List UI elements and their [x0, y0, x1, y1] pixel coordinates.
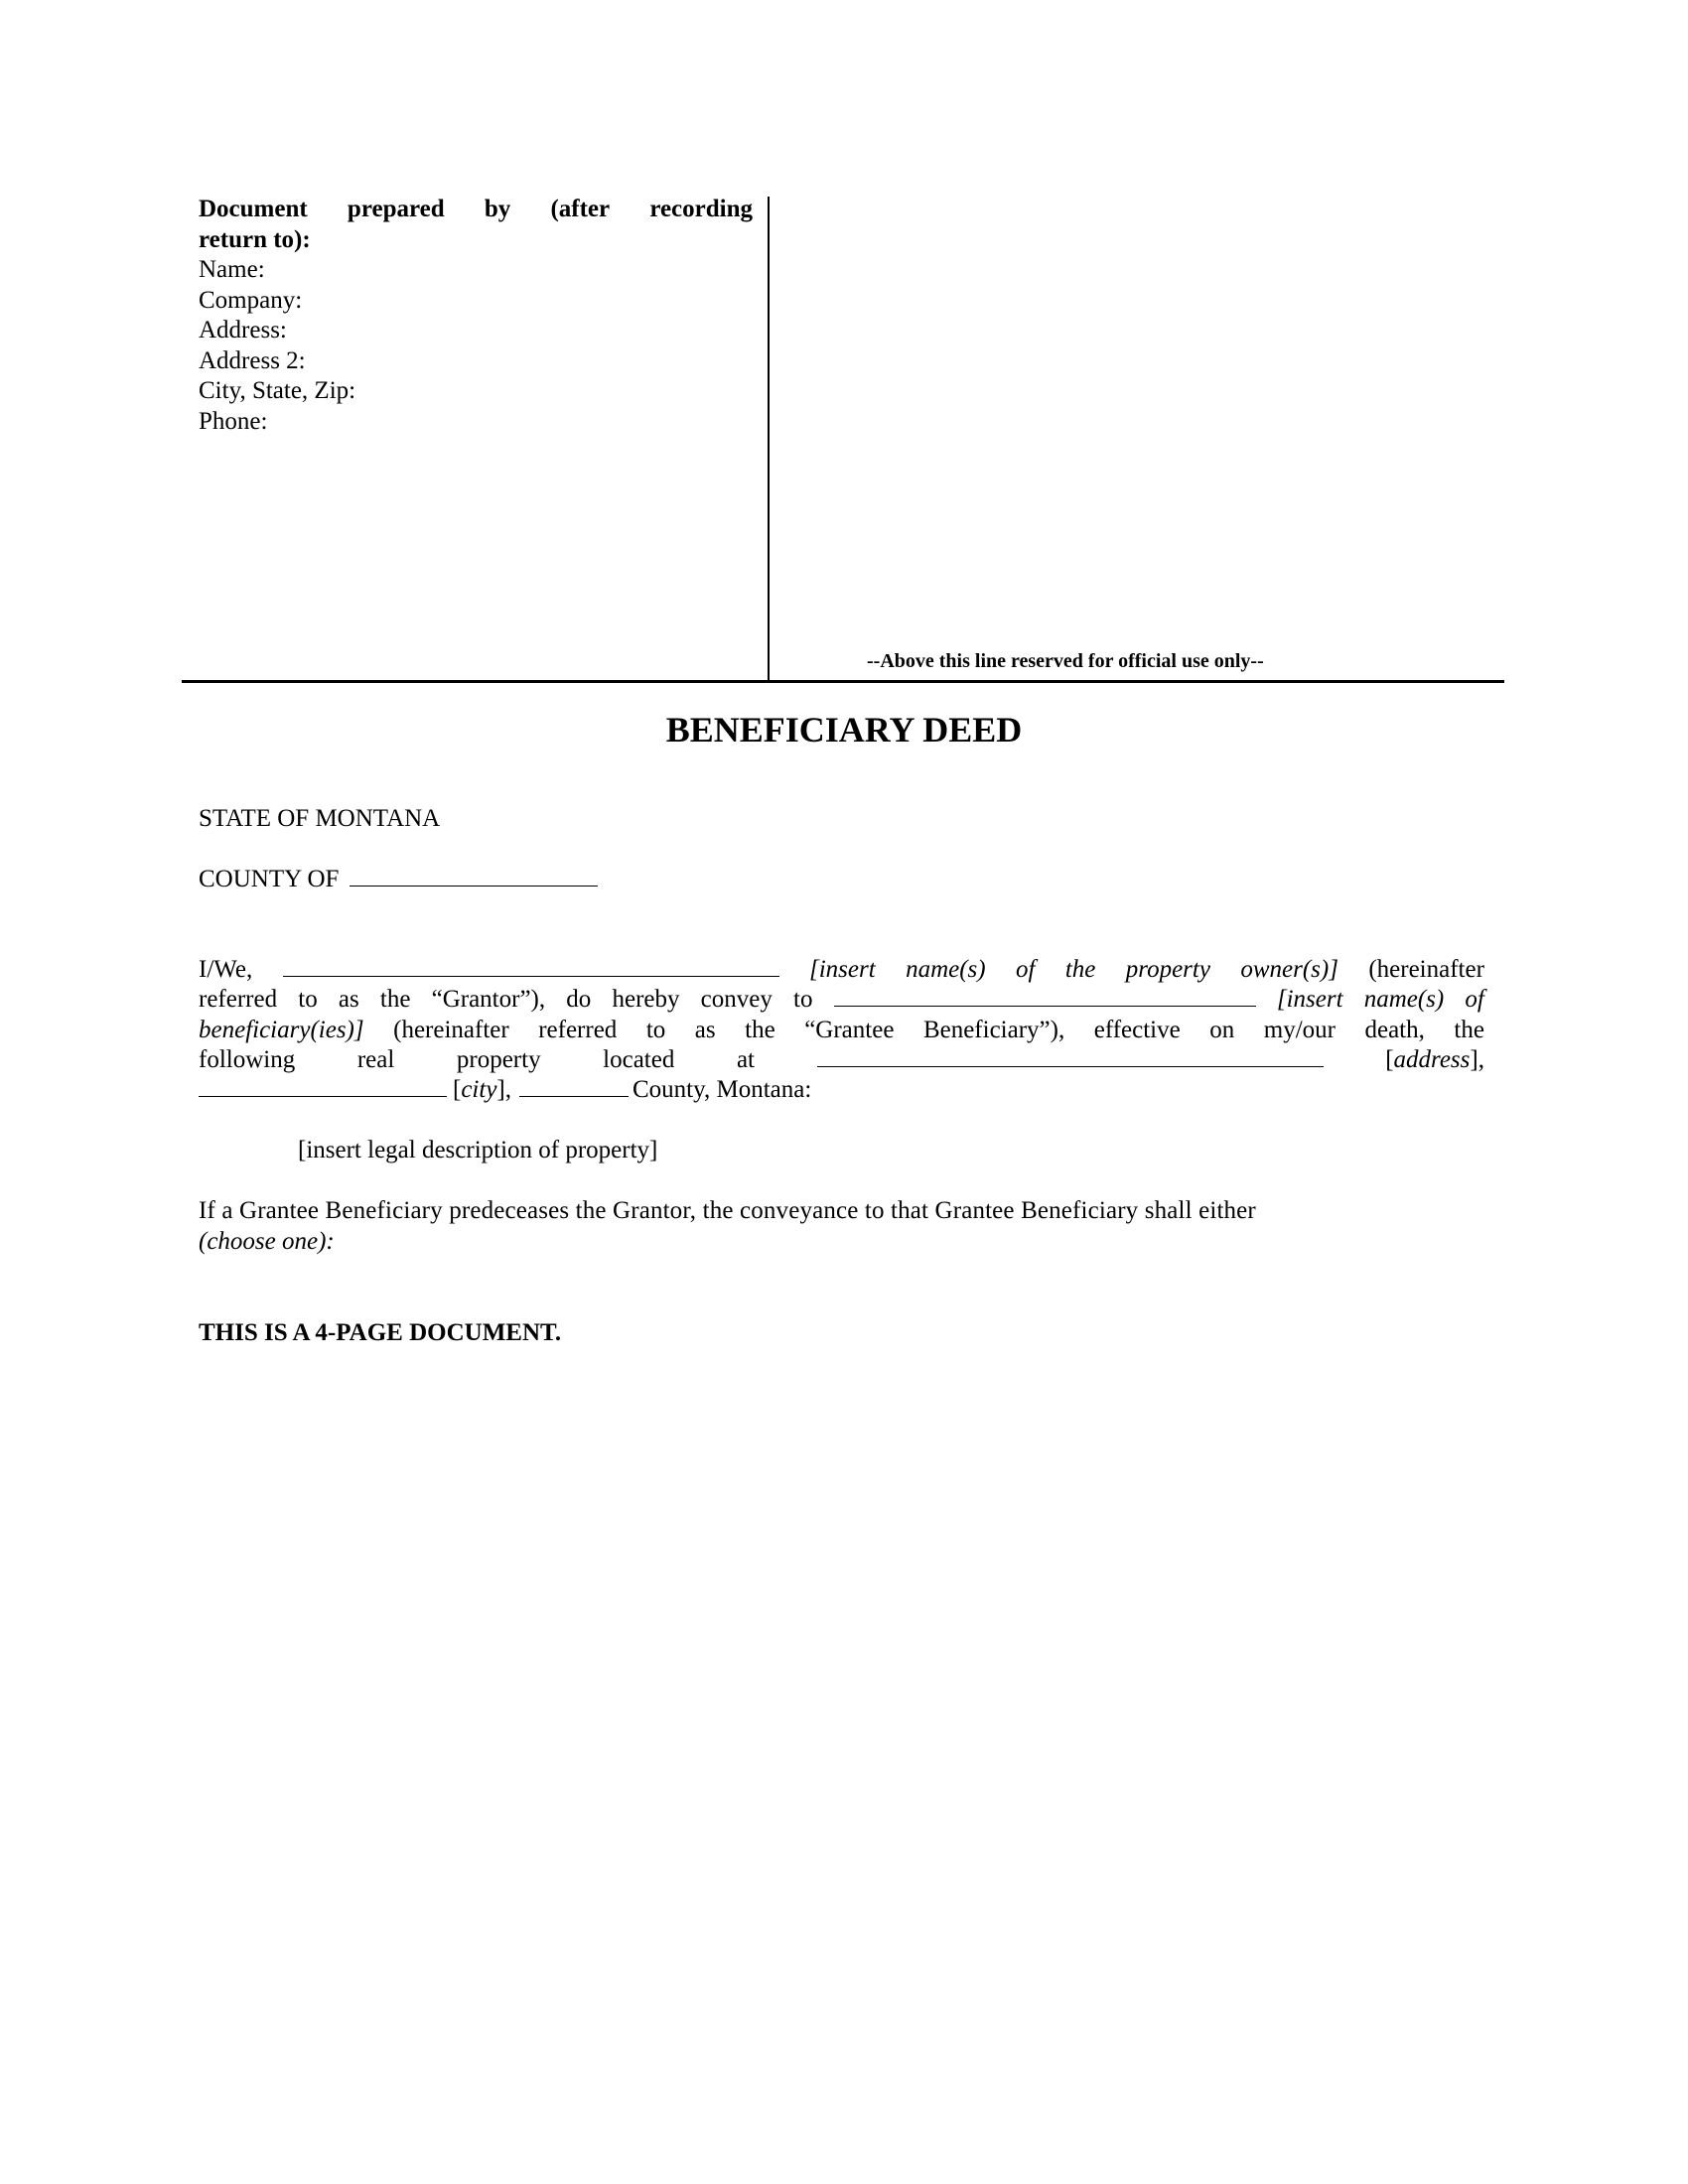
county-line: COUNTY OF — [199, 865, 598, 894]
conveyance-line-2: referred to as the “Grantor”), do hereby… — [199, 985, 1484, 1015]
paragraph-word: real — [357, 1045, 394, 1075]
conveyance-line-5: [city], County, Montana: — [199, 1075, 1484, 1105]
paragraph-word: effective — [1094, 1016, 1181, 1045]
placeholder-word: name(s) — [1364, 985, 1445, 1015]
grantor-name-blank[interactable] — [283, 956, 779, 977]
paragraph-word: the — [1454, 1016, 1484, 1045]
field-address-label: Address: — [199, 316, 753, 346]
conveyance-line-4: following real property located at [addr… — [199, 1045, 1484, 1075]
placeholder-word: of — [1016, 955, 1035, 985]
paragraph-word: following — [199, 1045, 295, 1075]
placeholder-word: beneficiary(ies)] — [199, 1016, 364, 1045]
placeholder-word: the — [1065, 955, 1096, 985]
county-name-blank[interactable] — [519, 1076, 629, 1097]
field-name-label: Name: — [199, 255, 753, 286]
paragraph-word: (hereinafter — [1368, 955, 1484, 985]
county-blank[interactable] — [350, 866, 598, 887]
county-label: COUNTY OF — [199, 866, 339, 892]
paragraph-word: as — [339, 985, 359, 1015]
recording-area-divider — [768, 197, 770, 681]
predecease-text: If a Grantee Beneficiary predeceases the… — [199, 1196, 1256, 1226]
preparer-heading-line2: return to): — [199, 225, 753, 256]
paragraph-word: located — [603, 1045, 674, 1075]
city-blank[interactable] — [199, 1076, 447, 1097]
bracket: ], — [1470, 1046, 1484, 1073]
page-count-note: THIS IS A 4-PAGE DOCUMENT. — [199, 1318, 561, 1348]
paragraph-word: my/our — [1264, 1016, 1336, 1045]
paragraph-word: “Grantee — [804, 1016, 894, 1045]
heading-word: recording — [649, 195, 753, 225]
official-use-note: --Above this line reserved for official … — [867, 648, 1264, 674]
placeholder-word: owner(s)] — [1240, 955, 1338, 985]
conveyance-line-1: I/We, [insert name(s) of the property ow… — [199, 955, 1484, 985]
paragraph-word: as — [695, 1016, 716, 1045]
state-line: STATE OF MONTANA — [199, 804, 440, 834]
address-label: address — [1394, 1046, 1471, 1073]
address-placeholder: [address], — [1385, 1045, 1484, 1075]
conveyance-line-3: beneficiary(ies)] (hereinafter referred … — [199, 1016, 1484, 1045]
bracket: ], — [496, 1076, 511, 1103]
document-title: BENEFICIARY DEED — [0, 708, 1688, 751]
preparer-heading: Document prepared by (after recording — [199, 195, 753, 225]
preparer-block: Document prepared by (after recording re… — [199, 195, 753, 437]
paragraph-word: convey — [701, 985, 773, 1015]
placeholder-word: [insert — [809, 955, 876, 985]
paragraph-word: the — [745, 1016, 775, 1045]
paragraph-word: to — [646, 1016, 665, 1045]
paragraph-word: do — [566, 985, 591, 1015]
paragraph-word: to — [298, 985, 317, 1015]
document-title-text: BENEFICIARY DEED — [666, 710, 1022, 750]
placeholder-word: of — [1465, 985, 1483, 1015]
placeholder-word: [insert — [1277, 985, 1343, 1015]
field-address2-label: Address 2: — [199, 346, 753, 377]
paragraph-word: (hereinafter — [393, 1016, 509, 1045]
legal-description-placeholder: [insert legal description of property] — [298, 1136, 657, 1165]
bracket: [ — [1385, 1046, 1393, 1073]
paragraph-word: County, Montana: — [633, 1075, 811, 1105]
field-phone-label: Phone: — [199, 407, 753, 438]
paragraph-word: death, — [1364, 1016, 1424, 1045]
grantor-lead: I/We, — [199, 955, 252, 985]
predecease-line: If a Grantee Beneficiary predeceases the… — [199, 1196, 1484, 1226]
paragraph-word: referred — [199, 985, 277, 1015]
paragraph-word: to — [793, 985, 812, 1015]
paragraph-word: hereby — [612, 985, 679, 1015]
city-label: city — [461, 1076, 496, 1103]
heading-word: by — [485, 195, 510, 225]
paragraph-word: on — [1209, 1016, 1234, 1045]
official-use-rule — [182, 680, 1504, 683]
paragraph-word: “Grantor”), — [432, 985, 546, 1015]
choose-one-instruction: (choose one): — [199, 1227, 335, 1257]
paragraph-word: property — [457, 1045, 541, 1075]
paragraph-word: the — [380, 985, 411, 1015]
paragraph-word: at — [737, 1045, 755, 1075]
beneficiary-name-blank[interactable] — [834, 986, 1256, 1007]
heading-word: prepared — [348, 195, 445, 225]
field-company-label: Company: — [199, 286, 753, 317]
placeholder-word: property — [1126, 955, 1210, 985]
paragraph-word: referred — [538, 1016, 617, 1045]
heading-word: Document — [199, 195, 308, 225]
city-placeholder: [city], — [453, 1075, 511, 1105]
paragraph-word: Beneficiary”), — [923, 1016, 1064, 1045]
address-blank[interactable] — [817, 1046, 1324, 1067]
heading-word: (after — [550, 195, 610, 225]
placeholder-word: name(s) — [906, 955, 986, 985]
field-city-state-zip-label: City, State, Zip: — [199, 376, 753, 407]
